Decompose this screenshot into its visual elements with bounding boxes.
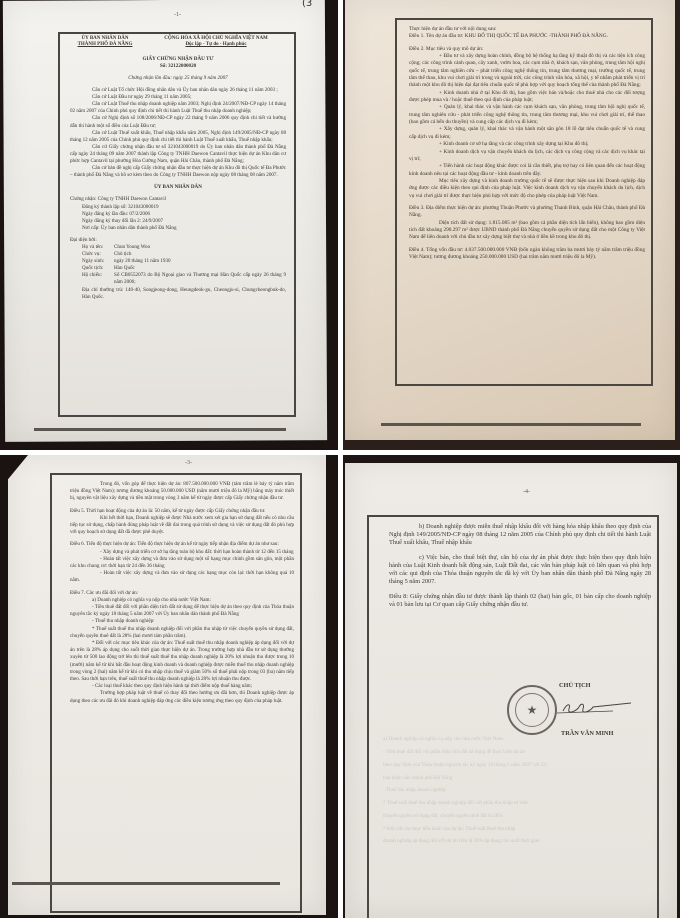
first-issue-date: Chứng nhận lần đầu: ngày 25 tháng 9 năm … [70, 75, 286, 82]
signature-icon [553, 699, 633, 715]
item-b: b) Doanh nghiệp được miễn thuế nhập khẩu… [389, 523, 651, 547]
republic-line-2: Độc lập - Tự do - Hạnh phúc [146, 42, 286, 48]
article-6-item: - Hoàn tất việc xây dựng và đưa vào sử d… [70, 570, 294, 584]
article-2-item: + Tiến hành các hoạt động khác được coi … [409, 163, 645, 178]
legal-basis: Căn cứ Luật Thuế xuất khẩu, Thuế nhập kh… [70, 130, 286, 144]
article-6: Điều 6. Tiến độ thực hiện dự án: Tiến độ… [70, 541, 294, 548]
article-2-item: + Đầu tư và xây dựng hoàn chỉnh, đồng bộ… [409, 53, 645, 90]
article-1: Điều 1. Tên dự án đầu tư: KHU ĐÔ THỊ QUỐ… [409, 33, 645, 40]
article-8: Điều 8: Giấy chứng nhận đầu tư được thàn… [389, 593, 651, 609]
rep-field: Chức vụ:Chủ tịch [70, 251, 286, 258]
official-seal: ★ [507, 685, 557, 735]
article-5: Điều 5. Thời hạn hoạt động của dự án là:… [70, 508, 294, 515]
issuer-line-2: THÀNH PHỐ ĐÀ NẴNG [70, 42, 140, 48]
company-detail: Ngày đăng ký lần đầu: 07/2/2006 [70, 211, 286, 218]
page-2-content: Thực hiện dự án đầu tư với nội dung sau:… [409, 26, 645, 261]
article-2-item: + Kinh doanh cơ sở hạ tầng và các công t… [409, 141, 645, 148]
legal-basis: Căn cứ Nghị định số 108/2006/NĐ-CP ngày … [70, 115, 286, 129]
article-2-title: Điều 2. Mục tiêu và quy mô dự án: [409, 46, 645, 53]
article-4: Điều 4. Tổng vốn đầu tư: 4.037.500.000.0… [409, 247, 645, 262]
article-7: Điều 7. Các ưu đãi đối với dự án: [70, 590, 294, 597]
rep-field: Hộ chiếu:Số CB0552073 do Bộ Ngoại giao v… [70, 272, 286, 286]
article-3: Điều 3. Địa điểm thực hiện dự án: phường… [409, 205, 645, 220]
article-7-item: - Thuế thu nhập doanh nghiệp: [70, 618, 294, 625]
certificate-title: GIẤY CHỨNG NHẬN ĐẦU TƯ [70, 56, 286, 63]
page-number: -3- [185, 460, 192, 466]
article-2-item: + Xây dựng, quản lý, khai thác và vận hà… [409, 126, 645, 141]
document-header: ỦY BAN NHÂN DÂN THÀNH PHỐ ĐÀ NẴNG CỘNG H… [70, 36, 286, 49]
committee-heading: ỦY BAN NHÂN DÂN [70, 184, 286, 191]
company-detail: Ngày đăng ký thay đổi lần 2: 24/9/2007 [70, 218, 286, 225]
star-emblem-icon: ★ [515, 693, 549, 727]
bottom-rule [34, 428, 286, 431]
article-5-note: Khi hết thời hạn, Doanh nghiệp sẽ được N… [70, 515, 294, 537]
address-line: Địa chỉ thường trú: 140-40, Songjeong-do… [70, 287, 286, 301]
article-6-item: - Hoàn tất việc xây dựng và đưa vào sử d… [70, 556, 294, 570]
page-number: -4- [523, 489, 530, 495]
article-7-item: * Đối với các mục tiêu khác của dự án: T… [70, 640, 294, 683]
company-detail: Đăng ký thành lập số: 321043000019 [70, 204, 286, 211]
represented-by: Đại diện bởi: [70, 237, 286, 244]
article-7-closing: Trường hợp pháp luật về thuế có thay đổi… [70, 690, 294, 704]
certifies-line: Chứng nhận: Công ty TNHH Daewon Cantavil [70, 196, 286, 203]
article-3-area: Diện tích đất sử dụng: 1.815.085 m² (bao… [409, 220, 645, 242]
item-c: c) Việc bán, cho thuê biệt thự, căn hộ c… [389, 554, 651, 586]
certificate-number: Số: 32122000020 [70, 63, 286, 70]
legal-basis: Căn cứ Giấy chứng nhận đầu tư số 3210430… [70, 144, 286, 165]
handwritten-mark: (3 [302, 0, 312, 9]
capital-contribution: Trong đó, vốn góp để thực hiện dự án: 80… [70, 481, 294, 503]
article-2-item: + Kinh doanh dịch vụ vận chuyển khách du… [409, 149, 645, 164]
photo-page-4: -4- b) Doanh nghiệp được miễn thuế nhập … [343, 455, 680, 918]
legal-basis: Căn cứ Luật Thuế thu nhập doanh nghiệp n… [70, 101, 286, 115]
page-1-content: ỦY BAN NHÂN DÂN THÀNH PHỐ ĐÀ NẴNG CỘNG H… [70, 36, 286, 301]
photo-page-1: (3 -1- ỦY BAN NHÂN DÂN THÀNH PHỐ ĐÀ NẴNG… [0, 0, 338, 450]
article-2-item: + Quản lý, khai thác và vận hành các cụm… [409, 104, 645, 126]
photo-page-2: Thực hiện dự án đầu tư với nội dung sau:… [343, 0, 680, 450]
photo-page-3: -3- Trong đó, vốn góp để thực hiện dự án… [0, 455, 338, 918]
page-number: -1- [174, 12, 181, 18]
signer-title: CHỦ TỊCH [559, 682, 591, 689]
article-7-item: * Thuế suất thuế thu nhập doanh nghiệp đ… [70, 626, 294, 640]
certifies-label: Chứng nhận: [70, 196, 96, 202]
company-detail: Nơi cấp: Ủy ban nhân dân thành phố Đà Nẵ… [70, 225, 286, 232]
article-7-a: a) Doanh nghiệp có nghĩa vụ nộp cho nhà … [70, 597, 294, 604]
article-2-item: + Kinh doanh nhà ở tại Khu đô thị, bao g… [409, 90, 645, 105]
rep-field: Họ và tên:Chun Young Woo [70, 244, 286, 251]
article-7-item: - Tiền thuê đất đối với phần diện tích đ… [70, 604, 294, 618]
bottom-rule [12, 882, 280, 885]
page-4-content: b) Doanh nghiệp được miễn thuế nhập khẩu… [389, 523, 651, 609]
bottom-rule [381, 423, 641, 426]
company-name: Công ty TNHH Daewon Cantavil [98, 196, 166, 202]
article-6-item: - Xây dựng và phát triển cơ sở hạ tầng t… [70, 549, 294, 556]
bleed-through-text: a) Doanh nghiệp có nghĩa vụ nộp cho nhà … [383, 731, 643, 851]
page-3-content: Trong đó, vốn góp để thực hiện dự án: 80… [70, 481, 294, 705]
article-2-note: Mục tiêu xây dựng và kinh doanh trường q… [409, 178, 645, 200]
legal-basis: Căn cứ bản đề nghị cấp Giấy chứng nhận đ… [70, 165, 286, 179]
